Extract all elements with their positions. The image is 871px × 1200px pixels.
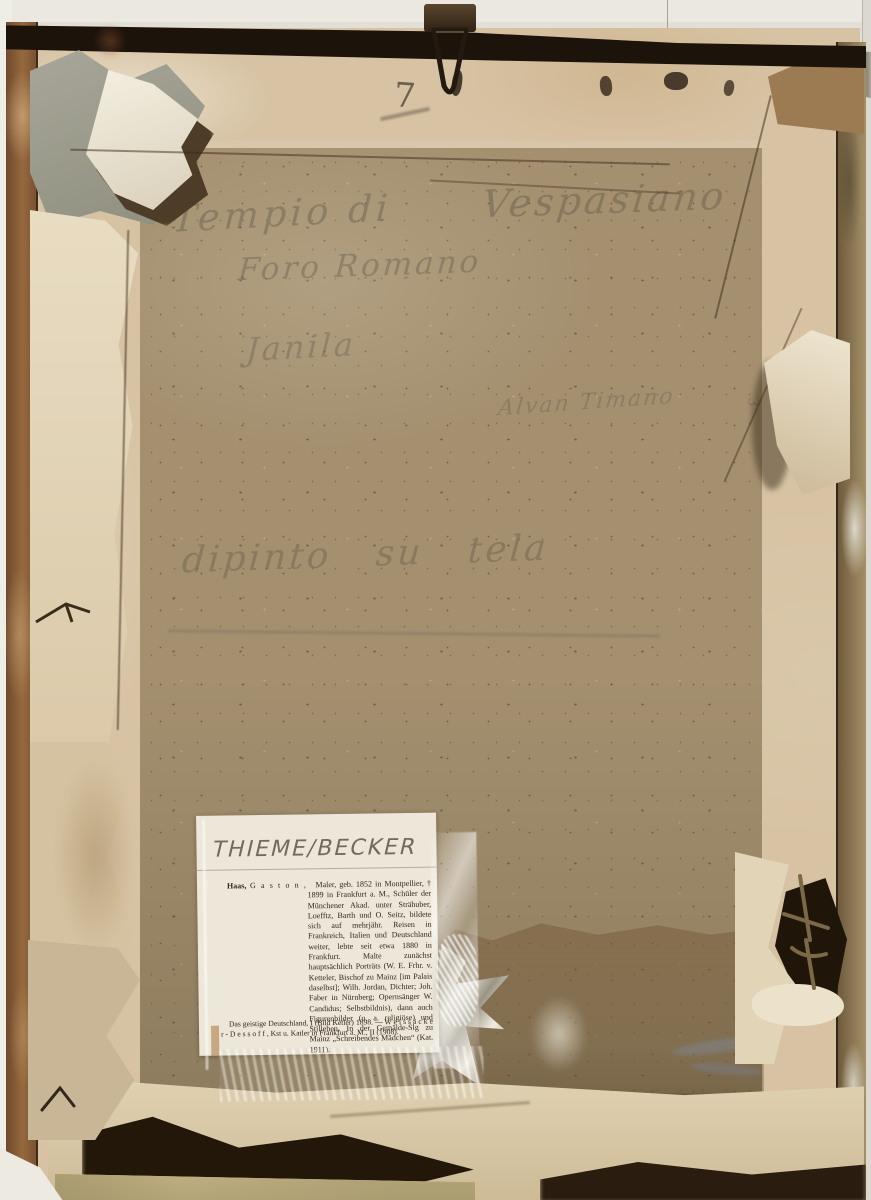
bent-nail bbox=[30, 946, 94, 1016]
bent-nail bbox=[32, 592, 102, 637]
frame-wood-right bbox=[836, 42, 866, 1200]
entry-lead: Haas, bbox=[227, 881, 246, 890]
metal-fastener bbox=[770, 870, 840, 1020]
label-entry-text: Haas, G a s t o n , Maler, geb. 1852 in … bbox=[219, 879, 431, 892]
label-heading: THIEME/BECKER bbox=[210, 835, 421, 863]
tape-gloss bbox=[219, 1046, 484, 1102]
entry-name: G a s t o n , bbox=[246, 880, 307, 890]
bent-nail bbox=[36, 1080, 80, 1124]
label-edge-strip bbox=[211, 1026, 219, 1056]
water-stain bbox=[55, 760, 135, 950]
label-group: THIEME/BECKER Haas, G a s t o n , Maler,… bbox=[188, 804, 482, 1108]
tack bbox=[664, 72, 688, 90]
hanging-ring bbox=[426, 24, 474, 104]
inscription-line3: Janila bbox=[245, 325, 357, 369]
stain bbox=[94, 24, 126, 58]
photo-frame-back: Tempio di Vespasiano Foro Romano Janila … bbox=[0, 0, 871, 1200]
inscription-title-right: Vespasiano bbox=[480, 174, 729, 227]
label-bibliography: Das geistige Deutschland, I (Bild Ketler… bbox=[221, 1017, 433, 1039]
tape-gloss bbox=[436, 934, 479, 1027]
paint-smudge bbox=[530, 995, 588, 1073]
